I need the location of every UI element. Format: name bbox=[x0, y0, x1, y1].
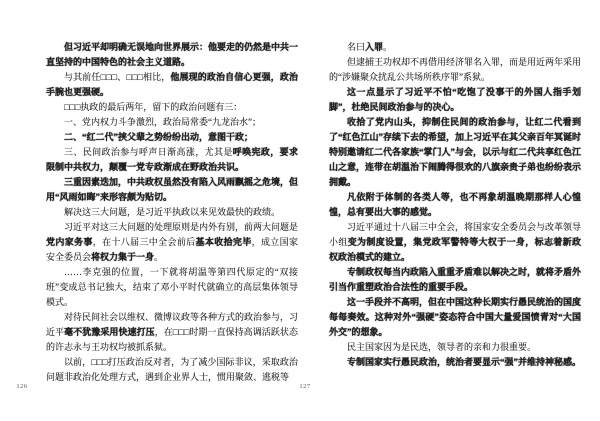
bold-text-run: 二、“红二代”挟父辈之势纷纷出动，意图干政； bbox=[64, 132, 253, 142]
paragraph: 与其前任□□□、□□□相比，他展现的政治自信心更强，政治手腕也更强硬。 bbox=[46, 70, 298, 100]
document-page-right: 名曰入罪。但逮捕王功权却不再借用经济罪名入罪，而是用近两年采用的“涉嫌聚众扰乱公… bbox=[300, 0, 600, 421]
bold-text-run: 入罪 bbox=[365, 42, 383, 52]
paragraph: 这一点显示了习近平不怕“吃饱了没事干的外国人指手划脚”，杜绝民间政治参与的决心。 bbox=[329, 85, 581, 115]
paragraph: 解决这三大问题，是习近平执政以来见效最快的政绩。 bbox=[46, 205, 298, 220]
bold-text-run: 收拾了党内山头，抑制住民间的政治参与，让红二代看到了“红色江山”存续下去的希望，… bbox=[329, 117, 581, 187]
paragraph: 对待民间社会以维权、微博议政等各种方式的政治参与，习近平毫不犹豫采用快速打压，在… bbox=[46, 310, 298, 355]
text-run: 名曰 bbox=[347, 42, 365, 52]
paragraph: 以前，□□□打压政治反对者，为了减少国际非议，采取政治问题非政治化处理方式，遇到… bbox=[46, 355, 298, 385]
text-run: 一、党内权力斗争激烈，政治局常委“九龙治水”； bbox=[64, 117, 261, 127]
paragraph: 专制政权每当内政陷入重重矛盾难以解决之时，就将矛盾外引当作重塑政治合法性的重要手… bbox=[329, 265, 581, 295]
bold-text-run: 三重因素迭加，中共政权虽然没有陷入风雨飘摇之危境，但用“风雨如晦”来形容颇为贴切… bbox=[46, 177, 298, 202]
page-number: 126 bbox=[0, 383, 172, 390]
bold-text-run: 专制国家实行愚民政治，统治者要显示“强”并维持神秘感。 bbox=[347, 357, 581, 367]
paragraph: 但习近平却明确无误地向世界展示：他要走的仍然是中共一直坚持的中国特色的社会主义道… bbox=[46, 40, 298, 70]
paragraph: 凡依附于体制的各类人等，也不再象胡温晚期那样人心惶惶，总有要出大事的感觉。 bbox=[329, 190, 581, 220]
text-run: 解决这三大问题，是习近平执政以来见效最快的政绩。 bbox=[64, 207, 280, 217]
bold-text-run: 这一手段并不高明，但在中国这种长期实行愚民统治的国度每每奏效。这种对外“强硬”姿… bbox=[329, 297, 581, 337]
bold-text-run: 将权力集于一身 bbox=[91, 252, 154, 262]
bold-text-run: 毫不犹豫采用快速打压 bbox=[64, 327, 155, 337]
page-text-block: 但习近平却明确无误地向世界展示：他要走的仍然是中共一直坚持的中国特色的社会主义道… bbox=[46, 40, 298, 385]
bold-text-run: 凡依附于体制的各类人等，也不再象胡温晚期那样人心惶惶，总有要出大事的感觉。 bbox=[329, 192, 581, 217]
paragraph: 习近平对这三大问题的处理原则是内外有别，前两大问题是党内家务事，在十八届三中全会… bbox=[46, 220, 298, 265]
paragraph: 这一手段并不高明，但在中国这种长期实行愚民统治的国度每每奏效。这种对外“强硬”姿… bbox=[329, 295, 581, 340]
text-run: 三、民间政治参与呼声日渐高涨，尤其是 bbox=[64, 147, 233, 157]
paragraph: 名曰入罪。 bbox=[329, 40, 581, 55]
bold-text-run: 变为制度设置，集党政军警特等大权于一身，标志着新政权政治模式的建立。 bbox=[329, 237, 581, 262]
bold-text-run: 专制政权每当内政陷入重重矛盾难以解决之时，就将矛盾外引当作重塑政治合法性的重要手… bbox=[329, 267, 581, 292]
page-number: 127 bbox=[155, 383, 455, 390]
text-run: ，在十八届三中全会前后 bbox=[93, 237, 196, 247]
bold-text-run: 这一点显示了习近平不怕“吃饱了没事干的外国人指手划脚”，杜绝民间政治参与的决心。 bbox=[329, 87, 581, 112]
paragraph: ……李克强的位置，一下就将胡温等第四代原定的“双接班”变成总书记独大，结束了邓小… bbox=[46, 265, 298, 310]
text-run: □□□执政的最后两年，留下的政治问题有三： bbox=[64, 102, 242, 112]
text-run: 。 bbox=[154, 252, 163, 262]
paragraph: 专制国家实行愚民政治，统治者要显示“强”并维持神秘感。 bbox=[329, 355, 581, 370]
bold-text-run: 基本收拾完毕 bbox=[196, 237, 252, 247]
text-run: 与其前任□□□、□□□相比， bbox=[64, 72, 170, 82]
paragraph: 一、党内权力斗争激烈，政治局常委“九龙治水”； bbox=[46, 115, 298, 130]
paragraph: 习近平通过十八届三中全会，将国家安全委员会与改革领导小组变为制度设置，集党政军警… bbox=[329, 220, 581, 265]
paragraph: 二、“红二代”挟父辈之势纷纷出动，意图干政； bbox=[46, 130, 298, 145]
paragraph: 民主国家因为是民选，领导者的亲和力很重要。 bbox=[329, 340, 581, 355]
paragraph: 三、民间政治参与呼声日渐高涨，尤其是呼唤宪政，要求限制中共权力，颠覆一党专政渐成… bbox=[46, 145, 298, 175]
text-run: 。 bbox=[383, 42, 392, 52]
text-run: 习近平对这三大问题的处理原则是内外有别，前两大问题是 bbox=[64, 222, 298, 232]
paragraph: 三重因素迭加，中共政权虽然没有陷入风雨飘摇之危境，但用“风雨如晦”来形容颇为贴切… bbox=[46, 175, 298, 205]
text-run: 但逮捕王功权却不再借用经济罪名入罪，而是用近两年采用的“涉嫌聚众扰乱公共场所秩序… bbox=[329, 57, 581, 82]
paragraph: 收拾了党内山头，抑制住民间的政治参与，让红二代看到了“红色江山”存续下去的希望，… bbox=[329, 115, 581, 190]
text-run: 民主国家因为是民选，领导者的亲和力很重要。 bbox=[347, 342, 536, 352]
document-spread: 但习近平却明确无误地向世界展示：他要走的仍然是中共一直坚持的中国特色的社会主义道… bbox=[0, 0, 600, 421]
text-run: ……李克强的位置，一下就将胡温等第四代原定的“双接班”变成总书记独大，结束了邓小… bbox=[46, 267, 298, 307]
bold-text-run: 但习近平却明确无误地向世界展示：他要走的仍然是中共一直坚持的中国特色的社会主义道… bbox=[46, 42, 298, 67]
paragraph: 但逮捕王功权却不再借用经济罪名入罪，而是用近两年采用的“涉嫌聚众扰乱公共场所秩序… bbox=[329, 55, 581, 85]
bold-text-run: 党内家务事 bbox=[46, 237, 93, 247]
page-text-block: 名曰入罪。但逮捕王功权却不再借用经济罪名入罪，而是用近两年采用的“涉嫌聚众扰乱公… bbox=[329, 40, 581, 370]
document-page-left: 但习近平却明确无误地向世界展示：他要走的仍然是中共一直坚持的中国特色的社会主义道… bbox=[0, 0, 300, 421]
paragraph: □□□执政的最后两年，留下的政治问题有三： bbox=[46, 100, 298, 115]
text-run: 以前，□□□打压政治反对者，为了减少国际非议，采取政治问题非政治化处理方式，遇到… bbox=[46, 357, 298, 382]
